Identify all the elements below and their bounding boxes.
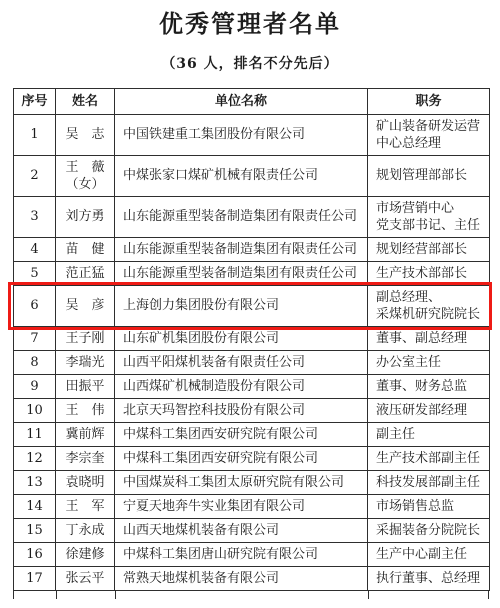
column-header-4: 职务 <box>368 88 490 114</box>
name-cell: 李宗奎 <box>56 446 115 470</box>
position-cell: 执行董事、总经理 <box>368 566 490 590</box>
cutoff-cell <box>368 591 489 599</box>
name-cell: 袁晓明 <box>56 470 115 494</box>
table-row: 10王 伟北京天玛智控科技股份有限公司液压研发部经理 <box>14 398 490 422</box>
unit-cell: 山东能源重型装备制造集团有限责任公司 <box>115 196 368 237</box>
row-number-cell: 5 <box>14 261 56 285</box>
row-number-cell: 6 <box>14 285 56 326</box>
unit-cell: 北京天玛智控科技股份有限公司 <box>115 398 368 422</box>
name-cell: 范正猛 <box>56 261 115 285</box>
unit-cell: 中国煤炭科工集团太原研究院有限公司 <box>115 470 368 494</box>
unit-cell: 中煤科工集团西安研究院有限公司 <box>115 446 368 470</box>
table-row: 3刘方勇山东能源重型装备制造集团有限责任公司市场营销中心 党支部书记、主任 <box>14 196 490 237</box>
position-cell: 规划经营部部长 <box>368 237 490 261</box>
row-number-cell: 13 <box>14 470 56 494</box>
unit-cell: 山西煤矿机械制造股份有限公司 <box>115 374 368 398</box>
name-cell: 王子刚 <box>56 326 115 350</box>
unit-cell: 中煤科工集团唐山研究院有限公司 <box>115 542 368 566</box>
position-cell: 董事、财务总监 <box>368 374 490 398</box>
row-number-cell: 10 <box>14 398 56 422</box>
table-row: 7王子刚山东矿机集团股份有限公司董事、副总经理 <box>14 326 490 350</box>
row-number-cell: 12 <box>14 446 56 470</box>
managers-table-wrap: 序号姓名单位名称职务 1吴 志中国铁建重工集团股份有限公司矿山装备研发运营 中心… <box>13 88 489 599</box>
position-cell: 生产技术部副主任 <box>368 446 490 470</box>
row-number-cell: 4 <box>14 237 56 261</box>
row-number-cell: 11 <box>14 422 56 446</box>
column-header-3: 单位名称 <box>115 88 368 114</box>
document-page: 优秀管理者名单 （36 人，排名不分先后） 序号姓名单位名称职务 1吴 志中国铁… <box>0 0 500 608</box>
unit-cell: 中煤张家口煤矿机械有限责任公司 <box>115 155 368 196</box>
position-cell: 生产中心副主任 <box>368 542 490 566</box>
table-row: 13袁晓明中国煤炭科工集团太原研究院有限公司科技发展部副主任 <box>14 470 490 494</box>
unit-cell: 常熟天地煤机装备有限公司 <box>115 566 368 590</box>
unit-cell: 山东能源重型装备制造集团有限责任公司 <box>115 237 368 261</box>
cutoff-next-row <box>13 591 489 599</box>
unit-cell: 中煤科工集团西安研究院有限公司 <box>115 422 368 446</box>
cutoff-cell <box>115 591 368 599</box>
position-cell: 矿山装备研发运营 中心总经理 <box>368 114 490 155</box>
name-cell: 李瑞光 <box>56 350 115 374</box>
name-cell: 徐建修 <box>56 542 115 566</box>
row-number-cell: 8 <box>14 350 56 374</box>
name-cell: 丁永成 <box>56 518 115 542</box>
unit-cell: 山东矿机集团股份有限公司 <box>115 326 368 350</box>
row-number-cell: 3 <box>14 196 56 237</box>
position-cell: 规划管理部部长 <box>368 155 490 196</box>
managers-table: 序号姓名单位名称职务 1吴 志中国铁建重工集团股份有限公司矿山装备研发运营 中心… <box>13 88 490 591</box>
unit-cell: 宁夏天地奔牛实业集团有限公司 <box>115 494 368 518</box>
table-row: 2王 薇 （女）中煤张家口煤矿机械有限责任公司规划管理部部长 <box>14 155 490 196</box>
cutoff-cell <box>13 591 56 599</box>
table-row: 9田振平山西煤矿机械制造股份有限公司董事、财务总监 <box>14 374 490 398</box>
table-row: 16徐建修中煤科工集团唐山研究院有限公司生产中心副主任 <box>14 542 490 566</box>
row-number-cell: 17 <box>14 566 56 590</box>
name-cell: 苗 健 <box>56 237 115 261</box>
unit-cell: 山东能源重型装备制造集团有限责任公司 <box>115 261 368 285</box>
name-cell: 吴 彦 <box>56 285 115 326</box>
name-cell: 刘方勇 <box>56 196 115 237</box>
row-number-cell: 14 <box>14 494 56 518</box>
name-cell: 田振平 <box>56 374 115 398</box>
name-cell: 王 军 <box>56 494 115 518</box>
unit-cell: 中国铁建重工集团股份有限公司 <box>115 114 368 155</box>
table-row: 15丁永成山西天地煤机装备有限公司采掘装备分院院长 <box>14 518 490 542</box>
row-number-cell: 2 <box>14 155 56 196</box>
cutoff-cell <box>56 591 115 599</box>
name-cell: 王 伟 <box>56 398 115 422</box>
position-cell: 液压研发部经理 <box>368 398 490 422</box>
column-header-2: 姓名 <box>56 88 115 114</box>
row-number-cell: 16 <box>14 542 56 566</box>
position-cell: 副主任 <box>368 422 490 446</box>
name-cell: 王 薇 （女） <box>56 155 115 196</box>
table-row: 1吴 志中国铁建重工集团股份有限公司矿山装备研发运营 中心总经理 <box>14 114 490 155</box>
row-number-cell: 9 <box>14 374 56 398</box>
table-row: 6吴 彦上海创力集团股份有限公司副总经理、 采煤机研究院院长 <box>14 285 490 326</box>
position-cell: 市场销售总监 <box>368 494 490 518</box>
unit-cell: 山西平阳煤机装备有限责任公司 <box>115 350 368 374</box>
position-cell: 办公室主任 <box>368 350 490 374</box>
table-row: 8李瑞光山西平阳煤机装备有限责任公司办公室主任 <box>14 350 490 374</box>
row-number-cell: 1 <box>14 114 56 155</box>
header-row: 序号姓名单位名称职务 <box>14 88 490 114</box>
column-header-1: 序号 <box>14 88 56 114</box>
position-cell: 生产技术部部长 <box>368 261 490 285</box>
name-cell: 冀前辉 <box>56 422 115 446</box>
table-row: 11冀前辉中煤科工集团西安研究院有限公司副主任 <box>14 422 490 446</box>
name-cell: 吴 志 <box>56 114 115 155</box>
row-number-cell: 15 <box>14 518 56 542</box>
position-cell: 副总经理、 采煤机研究院院长 <box>368 285 490 326</box>
table-row: 14王 军宁夏天地奔牛实业集团有限公司市场销售总监 <box>14 494 490 518</box>
page-title: 优秀管理者名单 <box>0 8 500 40</box>
position-cell: 市场营销中心 党支部书记、主任 <box>368 196 490 237</box>
unit-cell: 上海创力集团股份有限公司 <box>115 285 368 326</box>
position-cell: 采掘装备分院院长 <box>368 518 490 542</box>
position-cell: 科技发展部副主任 <box>368 470 490 494</box>
name-cell: 张云平 <box>56 566 115 590</box>
table-row: 5范正猛山东能源重型装备制造集团有限责任公司生产技术部部长 <box>14 261 490 285</box>
row-number-cell: 7 <box>14 326 56 350</box>
unit-cell: 山西天地煤机装备有限公司 <box>115 518 368 542</box>
table-row: 17张云平常熟天地煤机装备有限公司执行董事、总经理 <box>14 566 490 590</box>
position-cell: 董事、副总经理 <box>368 326 490 350</box>
table-row: 4苗 健山东能源重型装备制造集团有限责任公司规划经营部部长 <box>14 237 490 261</box>
page-subtitle: （36 人，排名不分先后） <box>0 55 500 73</box>
table-row: 12李宗奎中煤科工集团西安研究院有限公司生产技术部副主任 <box>14 446 490 470</box>
table-body: 1吴 志中国铁建重工集团股份有限公司矿山装备研发运营 中心总经理2王 薇 （女）… <box>14 114 490 590</box>
